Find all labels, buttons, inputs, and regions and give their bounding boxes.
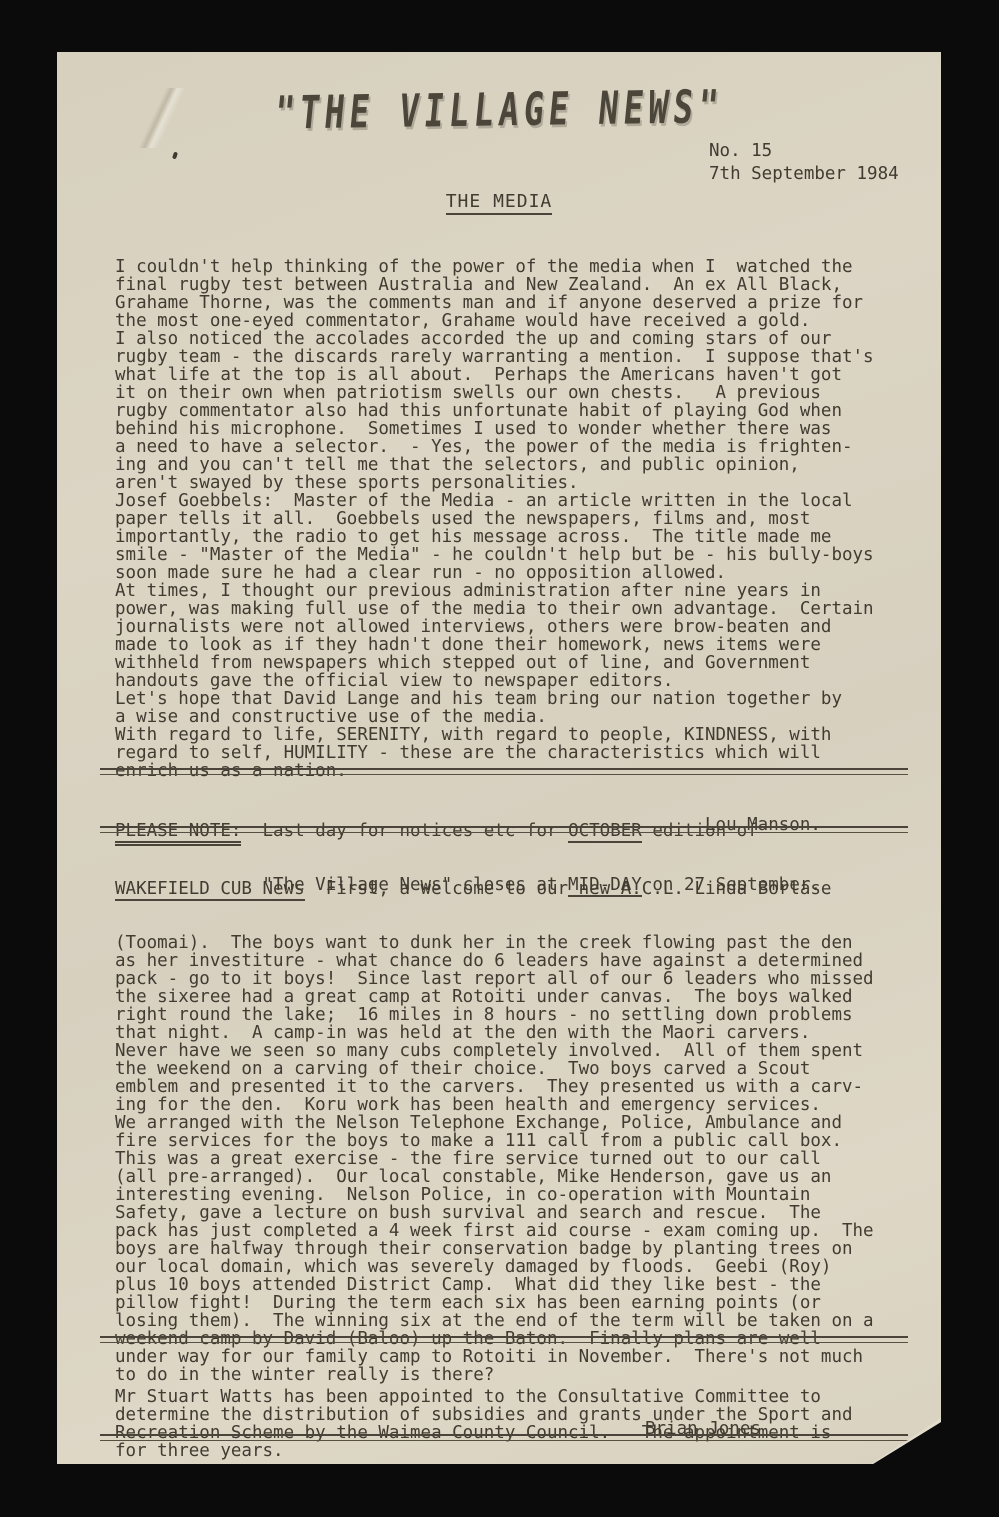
cubs-heading: WAKEFIELD CUB News (115, 879, 305, 901)
scan-background: { "page": { "masthead": "\"THE VILLAGE N… (0, 0, 999, 1517)
cubs-heading-line: WAKEFIELD CUB News First, a welcome to o… (115, 880, 874, 898)
divider-rule (100, 826, 908, 833)
divider-rule (100, 1336, 908, 1343)
notice-label: PLEASE NOTE: (115, 821, 241, 846)
divider-rule (100, 768, 908, 775)
cubs-heading-rest: First, a welcome to our new A.C.L. Linda… (305, 879, 832, 899)
issue-number: No. 15 (709, 141, 772, 161)
masthead-title: "THE VILLAGE NEWS" (54, 76, 945, 143)
watts-notice: Mr Stuart Watts has been appointed to th… (115, 1352, 853, 1496)
media-article-body: I couldn't help thinking of the power of… (115, 258, 874, 780)
watts-notice-body: Mr Stuart Watts has been appointed to th… (115, 1388, 853, 1460)
ink-speck (172, 152, 178, 160)
paper-corner-fold (871, 1418, 941, 1464)
cubs-article-body: (Toomai). The boys want to dunk her in t… (115, 934, 874, 1384)
article-title-text: THE MEDIA (446, 191, 553, 215)
issue-date: 7th September 1984 (709, 164, 899, 184)
divider-rule (100, 1434, 908, 1441)
issue-info: No. 15 7th September 1984 (709, 140, 899, 186)
article-title: THE MEDIA (57, 191, 941, 212)
newsletter-page: "THE VILLAGE NEWS" No. 15 7th September … (57, 52, 941, 1464)
